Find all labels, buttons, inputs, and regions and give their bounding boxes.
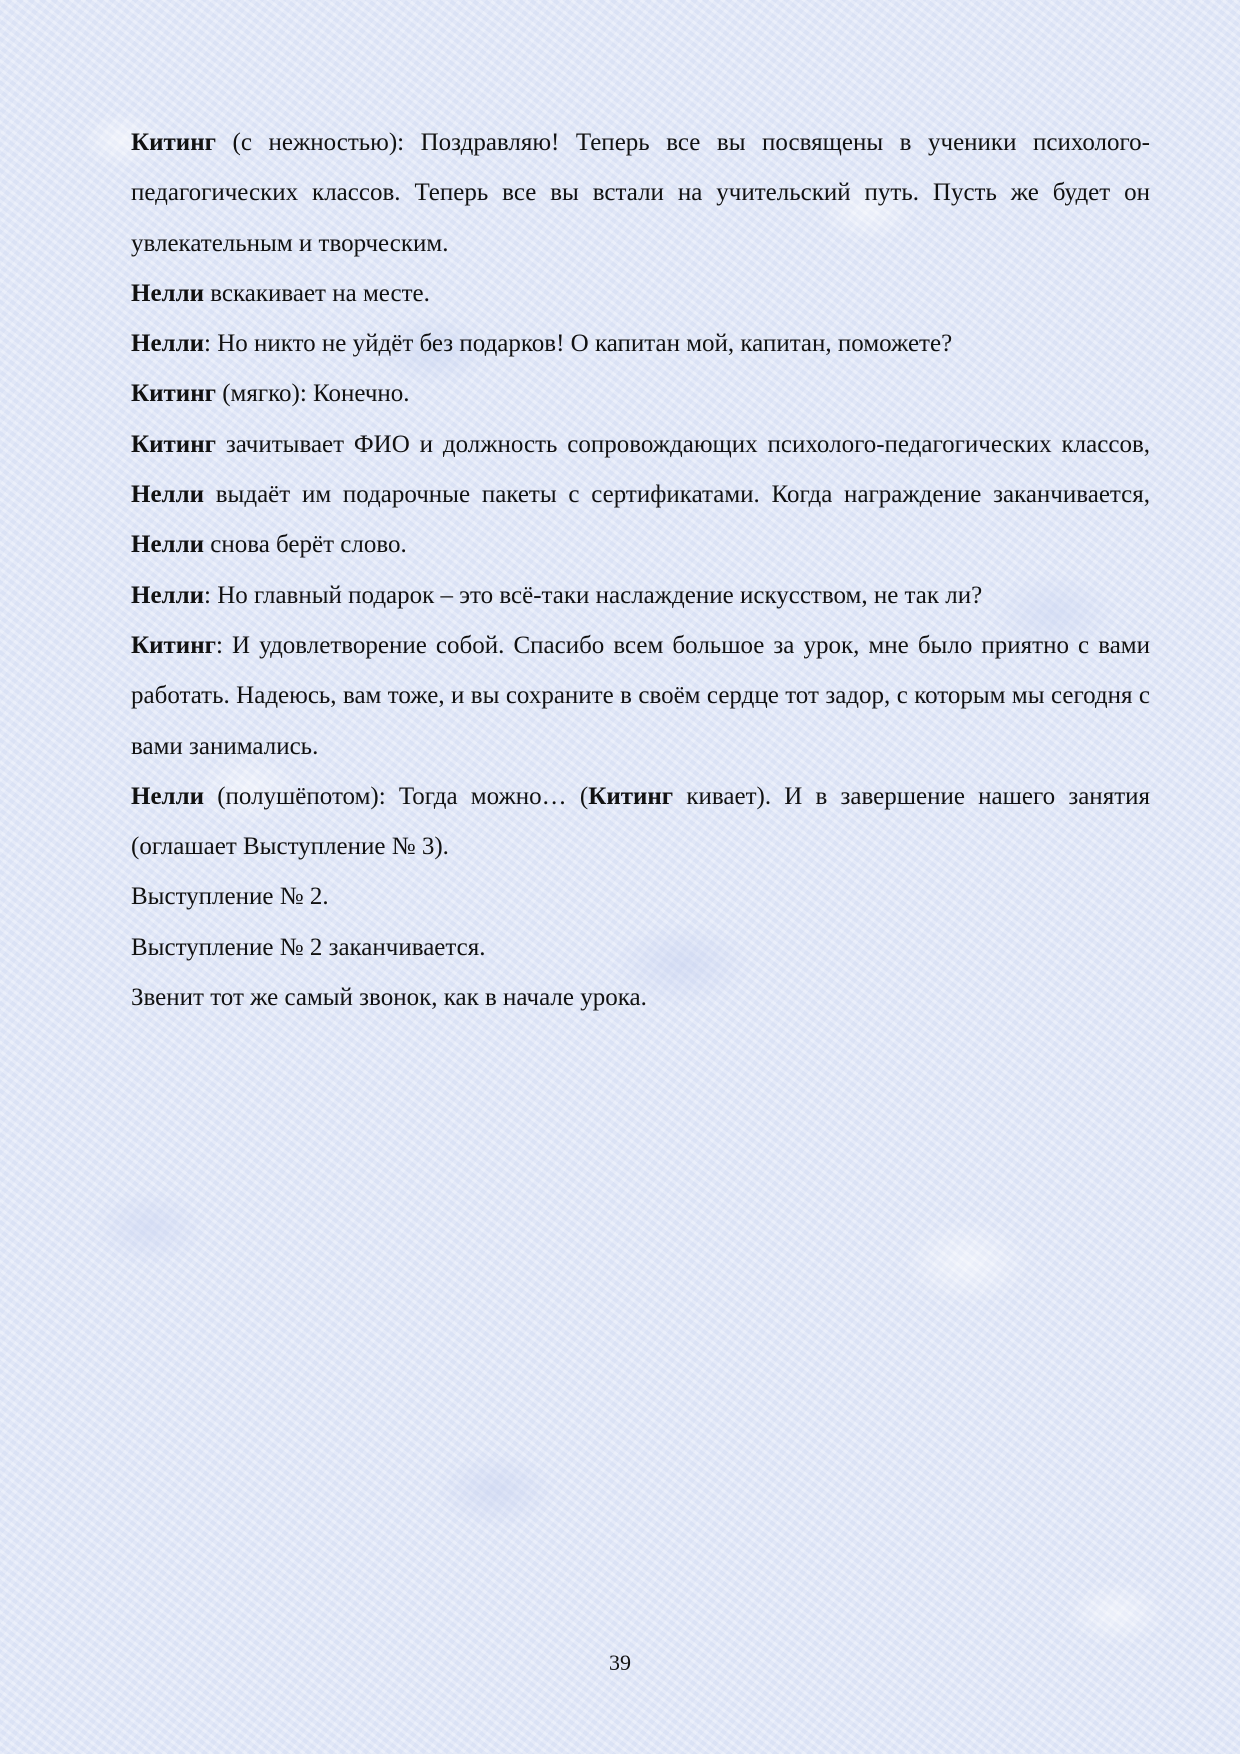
paragraph-text: (полушёпотом): Тогда можно… ( [204, 783, 588, 810]
paragraph-nelly-jumps: Нелли вскакивает на месте. [131, 269, 1150, 319]
paragraph-nelly-whisper: Нелли (полушёпотом): Тогда можно… (Китин… [131, 772, 1150, 873]
paragraph-performance-2: Выступление № 2. [131, 872, 1150, 922]
paragraph-text: Выступление № 2. [131, 883, 329, 910]
speaker-name: Китинг [588, 783, 673, 810]
speaker-name: Нелли [131, 280, 204, 307]
paragraph-keating-of-course: Китинг (мягко): Конечно. [131, 369, 1150, 419]
speaker-name: Китинг [131, 380, 216, 407]
speaker-name: Китинг [131, 632, 216, 659]
paragraph-text: выдаёт им подарочные пакеты с сертификат… [204, 481, 1150, 508]
speaker-name: Нелли [131, 330, 204, 357]
paragraph-text: снова берёт слово. [204, 531, 407, 558]
paragraph-bell-rings: Звенит тот же самый звонок, как в начале… [131, 973, 1150, 1023]
speaker-name: Нелли [131, 783, 204, 810]
paragraph-keating-congratulations: Китинг (с нежностью): Поздравляю! Теперь… [131, 118, 1150, 269]
paragraph-text: (с нежностью): Поздравляю! Теперь все вы… [131, 129, 1150, 257]
paragraph-nelly-main-gift: Нелли: Но главный подарок – это всё-таки… [131, 571, 1150, 621]
paragraph-performance-2-ends: Выступление № 2 заканчивается. [131, 923, 1150, 973]
speaker-name: Нелли [131, 481, 204, 508]
speaker-name: Нелли [131, 582, 204, 609]
speaker-name: Нелли [131, 531, 204, 558]
paragraph-text: (мягко): Конечно. [216, 380, 410, 407]
document-page: Китинг (с нежностью): Поздравляю! Теперь… [131, 118, 1150, 1023]
speaker-name: Китинг [131, 129, 216, 156]
paragraph-keating-thanks: Китинг: И удовлетворение собой. Спасибо … [131, 621, 1150, 772]
speaker-name: Китинг [131, 431, 216, 458]
paragraph-awarding: Китинг зачитывает ФИО и должность сопров… [131, 420, 1150, 571]
paragraph-text: : И удовлетворение собой. Спасибо всем б… [131, 632, 1150, 760]
paragraph-nelly-gifts: Нелли: Но никто не уйдёт без подарков! О… [131, 319, 1150, 369]
paragraph-text: зачитывает ФИО и должность сопровождающи… [216, 431, 1150, 458]
paragraph-text: Звенит тот же самый звонок, как в начале… [131, 984, 647, 1011]
paragraph-text: Выступление № 2 заканчивается. [131, 934, 485, 961]
paragraph-text: : Но главный подарок – это всё-таки насл… [204, 582, 982, 609]
paragraph-text: вскакивает на месте. [204, 280, 430, 307]
page-number: 39 [0, 1650, 1240, 1676]
paragraph-text: : Но никто не уйдёт без подарков! О капи… [204, 330, 952, 357]
